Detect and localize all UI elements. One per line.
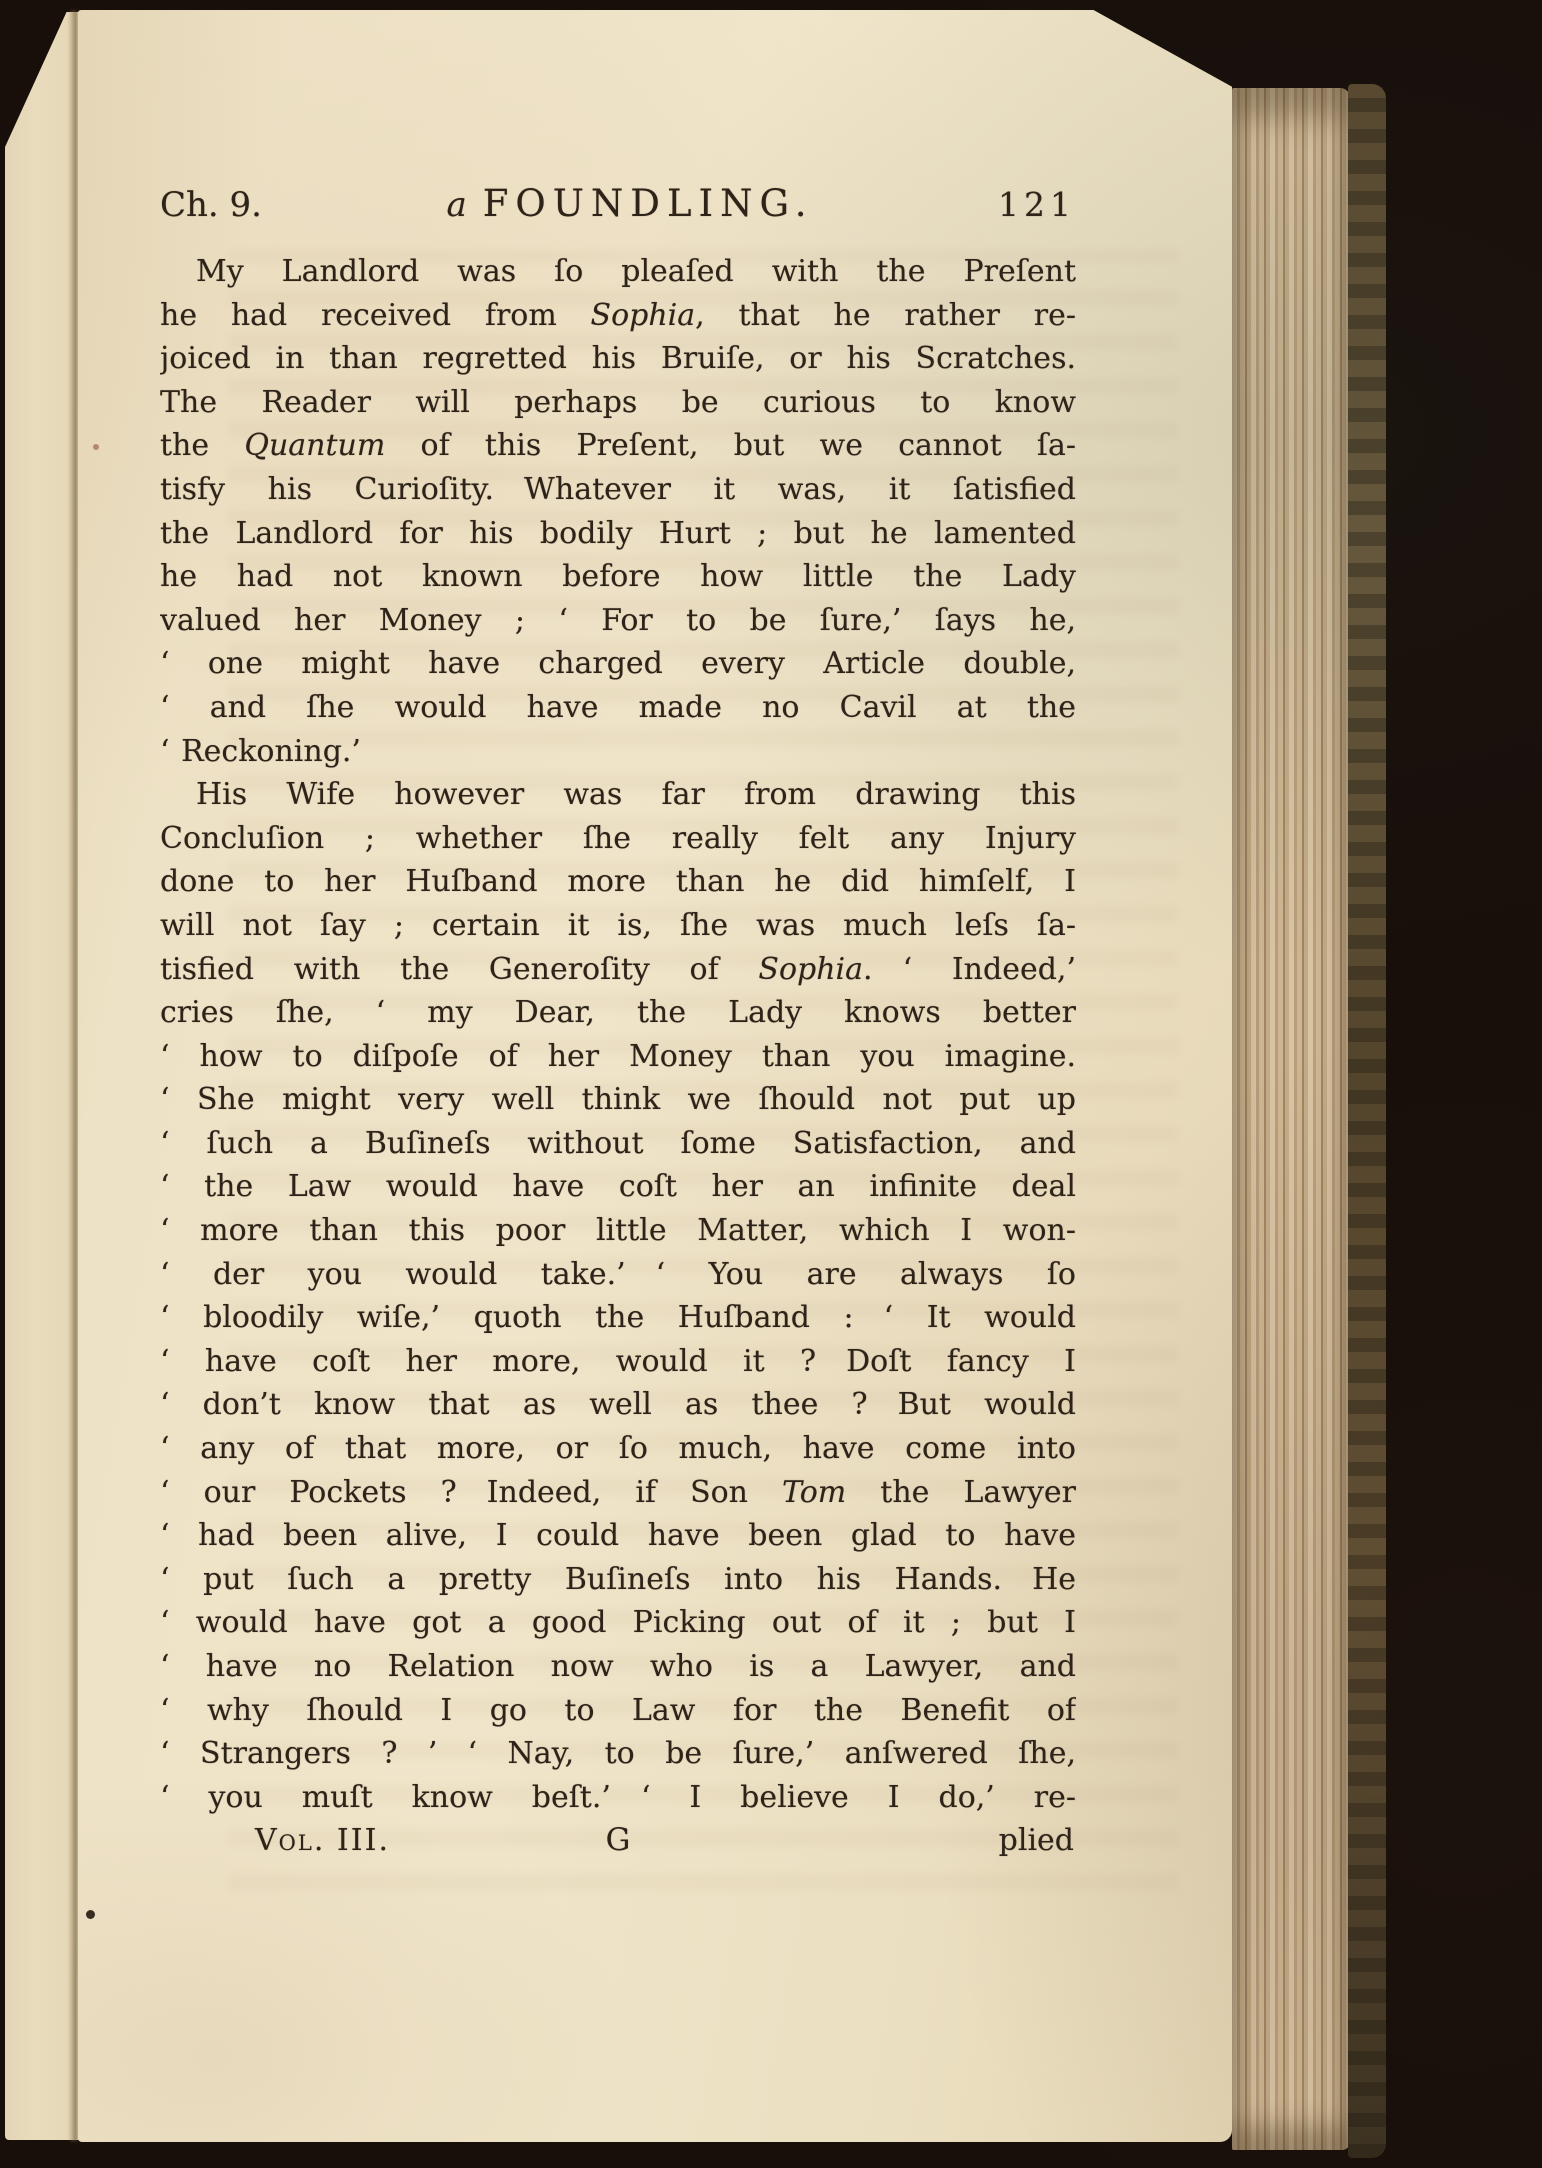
text-line: ‘ don’t know that as well as thee ? But … [160,1383,1076,1427]
text-line: ‘ any of that more, or ſo much, have com… [160,1427,1076,1471]
text-line: The Reader will perhaps be curious to kn… [160,381,1076,425]
text-line: ‘ ſuch a Buſineſs without ſome Satisfact… [160,1122,1076,1166]
text-line: ‘ bloodily wiſe,’ quoth the Huſband : ‘ … [160,1296,1076,1340]
text-line: ‘ the Law would have coſt her an infinit… [160,1165,1076,1209]
text-line: he had received from Sophia, that he rat… [160,294,1076,338]
text-line: ‘ She might very well think we ſhould no… [160,1078,1076,1122]
text-line: ‘ der you would take.’ ‘ You are always … [160,1253,1076,1297]
text-line: ‘ would have got a good Picking out of i… [160,1601,1076,1645]
text-line: ‘ our Pockets ? Indeed, if Son Tom the L… [160,1471,1076,1515]
running-title-main: FOUNDLING. [483,182,814,225]
text-line: joiced in than regretted his Bruiſe, or … [160,337,1076,381]
text-line: ‘ more than this poor little Matter, whi… [160,1209,1076,1253]
text-block: Ch. 9. aFOUNDLING. 121 My Landlord was ſ… [160,182,1076,1863]
text-line: ‘ why ſhould I go to Law for the Benefit… [160,1689,1076,1733]
body-text: My Landlord was ſo pleaſed with the Preſ… [160,250,1076,1819]
binding-cover-edge [1348,84,1386,2158]
text-line: tisfy his Curioſity. Whatever it was, it… [160,468,1076,512]
signature-mark: G [606,1819,631,1863]
text-line: he had not known before how little the L… [160,555,1076,599]
catchword: plied [999,1819,1074,1863]
text-line: ‘ had been alive, I could have been glad… [160,1514,1076,1558]
text-line: ‘ have coſt her more, would it ? Doſt fa… [160,1340,1076,1384]
chapter-label: Ch. 9. [160,185,262,225]
volume-label: Vol. III. [255,1823,390,1858]
text-line: Concluſion ; whether ſhe really felt any… [160,817,1076,861]
text-line: ‘ you muſt know beſt.’ ‘ I believe I do,… [160,1776,1076,1820]
page-number: 121 [998,185,1076,224]
text-line: His Wife however was far from drawing th… [160,773,1076,817]
text-line: the Quantum of this Preſent, but we cann… [160,424,1076,468]
text-line: valued her Money ; ‘ For to be ſure,’ ſa… [160,599,1076,643]
text-line: ‘ one might have charged every Article d… [160,642,1076,686]
text-line: cries ſhe, ‘ my Dear, the Lady knows bet… [160,991,1076,1035]
text-line: will not ſay ; certain it is, ſhe was mu… [160,904,1076,948]
text-line: done to her Huſband more than he did him… [160,860,1076,904]
text-line: ‘ put ſuch a pretty Buſineſs into his Ha… [160,1558,1076,1602]
fore-edge-page-stack [1232,88,1350,2150]
text-line: tisfied with the Generoſity of Sophia. ‘… [160,948,1076,992]
text-line: ‘ how to diſpoſe of her Money than you i… [160,1035,1076,1079]
text-line: ‘ Strangers ? ’ ‘ Nay, to be ſure,’ anſw… [160,1732,1076,1776]
text-line: ‘ have no Relation now who is a Lawyer, … [160,1645,1076,1689]
book-photo: Ch. 9. aFOUNDLING. 121 My Landlord was ſ… [0,0,1542,2168]
running-title-article: a [446,185,466,225]
text-line: My Landlord was ſo pleaſed with the Preſ… [160,250,1076,294]
text-line: ‘ and ſhe would have made no Cavil at th… [160,686,1076,730]
foxing-speck [93,444,99,450]
running-header: Ch. 9. aFOUNDLING. 121 [160,182,1076,234]
ink-speck [86,1910,95,1919]
running-title: aFOUNDLING. [446,182,813,225]
page-footer: Vol. III. G plied [160,1819,1076,1863]
text-line: ‘ Reckoning.’ [160,730,1076,774]
text-line: the Landlord for his bodily Hurt ; but h… [160,512,1076,556]
